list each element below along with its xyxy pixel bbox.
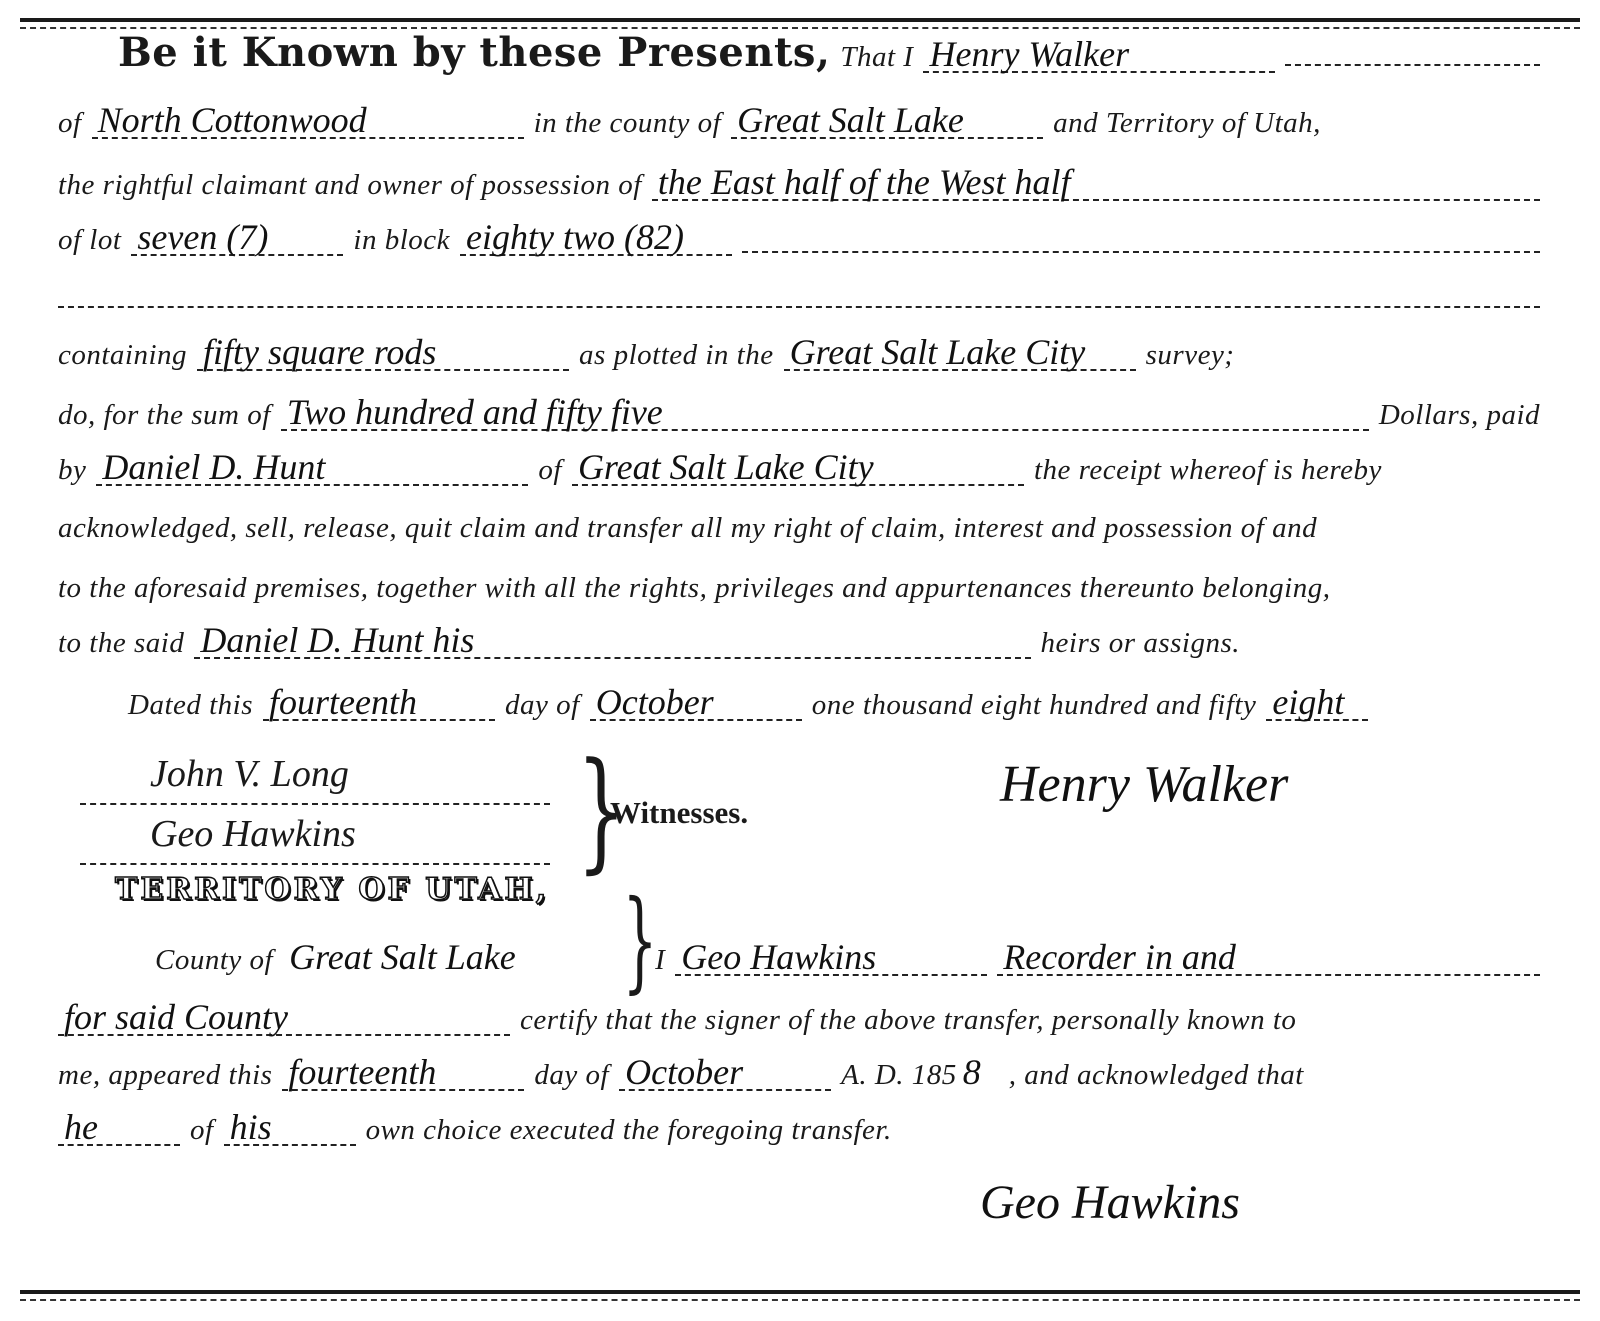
to-the-said-label: to the said [58,618,184,668]
ack-line-1: County of Great Salt Lake I Geo Hawkins … [155,935,1540,985]
territory-heading: TERRITORY OF UTAH, [115,872,549,907]
heirs-assigns-label: heirs or assigns. [1041,618,1240,668]
of-label: of [58,98,82,148]
deed-heading: Be it Known by these Presents, [118,28,830,78]
deed-line-4: of lot seven (7) in block eighty two (82… [58,215,1540,265]
ack-month-field: October [619,1055,831,1091]
year-word-field: eight [1266,685,1368,721]
deed-line-7: do, for the sum of Two hundred and fifty… [58,390,1540,440]
ack-day-field: fourteenth [282,1055,524,1091]
top-border-rule [20,18,1580,22]
certify-text: certify that the signer of the above tra… [520,995,1296,1045]
by-label: by [58,445,86,495]
deed-line-5-blank [58,270,1540,320]
area-field: fifty square rods [197,335,569,371]
ad-label: A. D. 185 [841,1050,957,1100]
grantee-name-field: Daniel D. Hunt [96,450,528,486]
recorder-signature: Geo Hawkins [980,1175,1240,1230]
plotted-label: as plotted in the [579,330,774,380]
grantee-residence-field: Great Salt Lake City [572,450,1024,486]
acknowledged-text: , and acknowledged that [1009,1050,1304,1100]
fill-dashes [742,250,1540,253]
block-field: eighty two (82) [460,220,732,256]
grantor-signature: Henry Walker [1000,755,1288,814]
year-text: one thousand eight hundred and fifty [812,680,1257,730]
ack-line-2: for said County certify that the signer … [58,995,1540,1045]
release-clause-text: acknowledged, sell, release, quit claim … [58,512,1317,544]
amount-field: Two hundred and fifty five [281,395,1369,431]
appeared-label: me, appeared this [58,1050,272,1100]
territory-label: and Territory of Utah, [1053,98,1321,148]
deed-line-2: of North Cottonwood in the county of Gre… [58,98,1540,148]
ack-county-field: Great Salt Lake [283,940,575,974]
lot-label: of lot [58,215,121,265]
month-field: October [590,685,802,721]
deed-line-8: by Daniel D. Hunt of Great Salt Lake Cit… [58,445,1540,495]
witness-lines: John V. Long Geo Hawkins [80,745,550,865]
survey-field: Great Salt Lake City [784,335,1136,371]
deed-line-3: the rightful claimant and owner of posse… [58,160,1540,210]
deed-line-11: to the said Daniel D. Hunt his heirs or … [58,618,1540,668]
day-of-label: day of [505,680,580,730]
grantee-heirs-field: Daniel D. Hunt his [194,623,1030,659]
dollars-paid-label: Dollars, paid [1379,390,1540,440]
ack-line-4: he of his own choice executed the forego… [58,1105,1540,1155]
bottom-border-rule [20,1290,1580,1294]
i-label: I [655,935,665,985]
of-label: of [190,1105,214,1155]
claimant-text: the rightful claimant and owner of posse… [58,160,642,210]
survey-label: survey; [1146,330,1235,380]
grantor-name-field: Henry Walker [923,37,1275,73]
witness-2-signature: Geo Hawkins [80,805,550,865]
day-field: fourteenth [263,685,495,721]
recorder-title-field: Recorder in and [997,940,1540,976]
witnesses-label: Witnesses. [610,795,748,831]
sum-label: do, for the sum of [58,390,271,440]
of-label: of [538,445,562,495]
block-label: in block [353,215,450,265]
fill-dashes [1285,63,1540,66]
deed-line-1: Be it Known by these Presents, That I He… [58,28,1540,78]
containing-label: containing [58,330,187,380]
county-of-label: County of [155,935,273,985]
pronoun-field: he [58,1110,180,1146]
ack-year-digit-field: 8 [957,1055,999,1089]
recorder-name-field: Geo Hawkins [675,940,987,976]
that-i-label: That I [840,32,913,82]
fill-dashes [58,305,1540,308]
ack-line-3: me, appeared this fourteenth day of Octo… [58,1050,1540,1100]
dated-label: Dated this [128,680,253,730]
for-said-county-field: for said County [58,1000,510,1036]
property-description-field: the East half of the West half [652,165,1540,201]
deed-line-10: to the aforesaid premises, together with… [58,563,1540,613]
possessive-field: his [224,1110,356,1146]
county-label: in the county of [534,98,722,148]
executed-text: own choice executed the foregoing transf… [366,1105,892,1155]
ack-day-of-label: day of [534,1050,609,1100]
deed-line-12: Dated this fourteenth day of October one… [58,680,1540,730]
residence-field: North Cottonwood [92,103,524,139]
premises-clause-text: to the aforesaid premises, together with… [58,572,1330,604]
county-field: Great Salt Lake [731,103,1043,139]
witness-1-signature: John V. Long [80,745,550,805]
deed-line-6: containing fifty square rods as plotted … [58,330,1540,380]
lot-field: seven (7) [131,220,343,256]
deed-line-9: acknowledged, sell, release, quit claim … [58,503,1540,553]
receipt-text: the receipt whereof is hereby [1034,445,1382,495]
